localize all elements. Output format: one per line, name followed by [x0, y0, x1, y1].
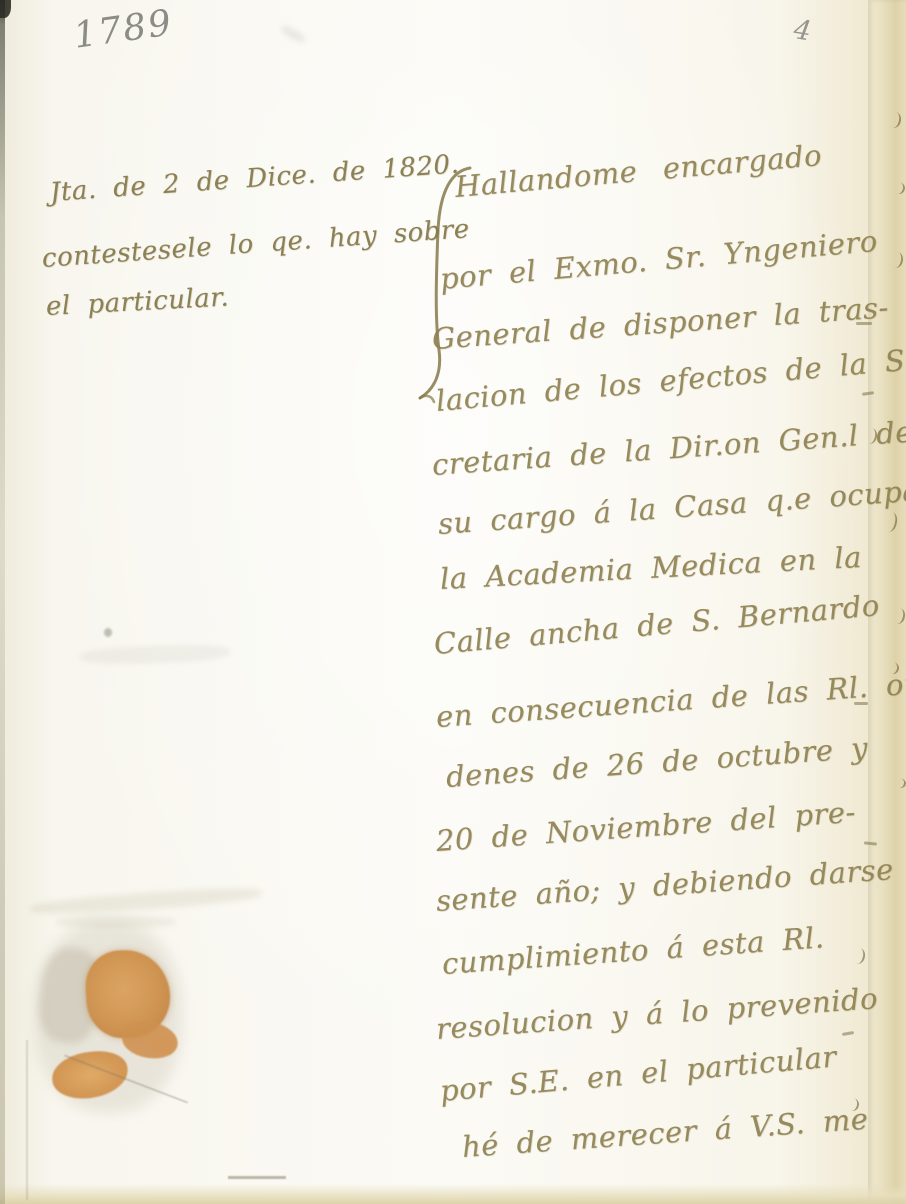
manuscript-line: Calle ancha de S. Bernardo — [433, 588, 881, 661]
manuscript-line: cretaria de la Dir.on Gen.l de — [431, 414, 906, 482]
binding-edge — [0, 0, 5, 1204]
ink-fragment — [850, 947, 866, 965]
manuscript-line: por S.E. en el particular — [439, 1039, 838, 1108]
manuscript-line: General de disponer la tras- — [431, 290, 890, 356]
manuscript-line: su cargo á la Casa q.e ocupa — [437, 473, 906, 541]
manuscript-line: lacion de los efectos de la Se- — [435, 341, 906, 418]
page-bottom-edge — [0, 1184, 906, 1204]
manuscript-line: resolucion y á lo prevenido — [435, 981, 879, 1046]
ink-fragment — [856, 322, 872, 325]
year-annotation: 1789 — [71, 2, 175, 56]
manuscript-line: hé de merecer á V.S. me — [461, 1102, 870, 1164]
ink-fragment — [854, 702, 868, 705]
bleedthrough-smudge — [30, 885, 263, 917]
manuscript-line: por el Exmo. Sr. Yngeniero — [439, 224, 879, 296]
margin-note-line: Jta. de 2 de Dice. de 1820. — [49, 149, 460, 208]
manuscript-page: 1789 4 Jta. de 2 de Dice. de 1820. conte… — [0, 0, 906, 1204]
manuscript-line: denes de 26 de octubre y — [445, 731, 869, 794]
manuscript-line: en consecuencia de las Rl. or- — [435, 666, 906, 734]
ink-fragment — [842, 1031, 854, 1036]
bleedthrough-smudge — [80, 643, 231, 665]
manuscript-line: sente año; y debiendo darse — [435, 852, 895, 918]
manuscript-line: Hallandome encargado — [454, 138, 824, 204]
bleedthrough-dot — [104, 628, 112, 637]
bleedthrough-smudge — [280, 24, 307, 44]
margin-note-line: el particular. — [45, 282, 230, 322]
manuscript-line: cumplimiento á esta Rl. — [441, 920, 825, 981]
scan-corner-mark — [0, 0, 11, 18]
page-number: 4 — [792, 14, 814, 47]
manuscript-line: 20 de Noviembre del pre- — [435, 795, 857, 858]
ink-fragment — [864, 841, 877, 845]
paper-crease — [26, 1040, 28, 1200]
manuscript-line: la Academia Medica en la — [439, 540, 863, 596]
margin-note-line: contestesele lo qe. hay sobre — [41, 214, 471, 274]
paper-scratch — [228, 1176, 286, 1179]
